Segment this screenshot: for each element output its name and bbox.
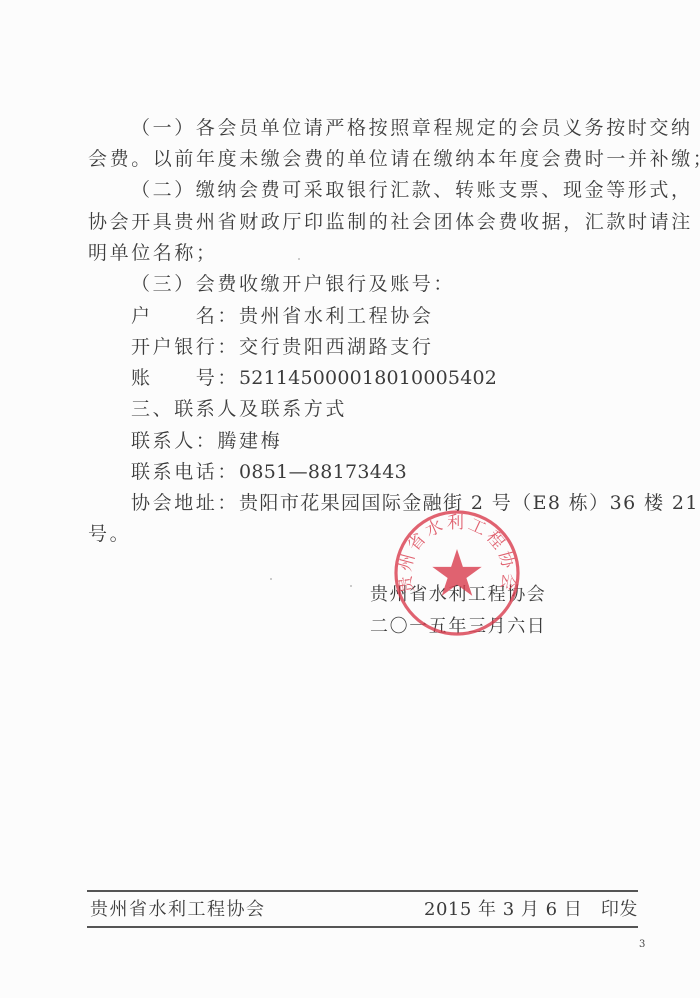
- bank-value: 交行贵阳西湖路支行: [239, 336, 433, 358]
- contact-person-label: 联系人：: [131, 430, 217, 452]
- seal-text: 贵州省水利工程协会: [395, 513, 519, 594]
- scan-speck: [298, 258, 300, 260]
- paragraph-2-line-1: （二）缴纳会费可采取银行汇款、转账支票、现金等形式，: [131, 178, 693, 202]
- account-name-label: 户 名：: [131, 305, 239, 327]
- signature-organization: 贵州省水利工程协会: [370, 584, 546, 606]
- account-name-row: 户 名：贵州省水利工程协会: [131, 304, 433, 328]
- account-name-value: 贵州省水利工程协会: [239, 305, 433, 327]
- paragraph-2-line-3: 明单位名称；: [88, 241, 218, 265]
- contact-address-continuation: 号。: [88, 522, 131, 546]
- page-number: 3: [639, 939, 645, 950]
- document-page: （一）各会员单位请严格按照章程规定的会员义务按时交纳 会费。以前年度未缴会费的单…: [0, 0, 700, 998]
- account-number-row: 账 号：521145000018010005402: [131, 366, 497, 390]
- contact-person-row: 联系人：腾建梅: [131, 429, 282, 453]
- footer-top-rule: [87, 890, 638, 892]
- contact-phone-label: 联系电话：: [131, 461, 239, 483]
- scan-speck: [350, 585, 352, 587]
- account-number-value: 521145000018010005402: [239, 367, 497, 389]
- contact-address-label: 协会地址：: [131, 492, 239, 514]
- contact-person-value: 腾建梅: [217, 430, 282, 452]
- signature-date: 二〇一五年三月六日: [370, 616, 546, 638]
- svg-text:贵州省水利工程协会: 贵州省水利工程协会: [395, 513, 519, 594]
- contact-heading: 三、联系人及联系方式: [131, 397, 347, 421]
- contact-phone-value: 0851—88173443: [239, 461, 407, 483]
- bank-label: 开户银行：: [131, 336, 239, 358]
- paragraph-1-line-2: 会费。以前年度未缴会费的单位请在缴纳本年度会费时一并补缴；: [88, 147, 700, 171]
- paragraph-3-heading: （三）会费收缴开户银行及账号：: [131, 272, 455, 296]
- scan-speck: [270, 578, 272, 580]
- footer-issuer: 贵州省水利工程协会: [90, 895, 266, 921]
- paragraph-1-line-1: （一）各会员单位请严格按照章程规定的会员义务按时交纳: [131, 116, 693, 140]
- bank-row: 开户银行：交行贵阳西湖路支行: [131, 335, 433, 359]
- footer-bottom-rule: [87, 926, 638, 928]
- contact-address-row: 协会地址：贵阳市花果园国际金融街 2 号（E8 栋）36 楼 21: [131, 491, 699, 515]
- account-number-label: 账 号：: [131, 367, 239, 389]
- footer-issue-date: 2015 年 3 月 6 日 印发: [424, 895, 638, 921]
- paragraph-2-line-2: 协会开具贵州省财政厅印监制的社会团体会费收据，汇款时请注: [88, 210, 693, 234]
- contact-phone-row: 联系电话：0851—88173443: [131, 460, 407, 484]
- contact-address-value: 贵阳市花果园国际金融街 2 号（E8 栋）36 楼 21: [239, 492, 699, 514]
